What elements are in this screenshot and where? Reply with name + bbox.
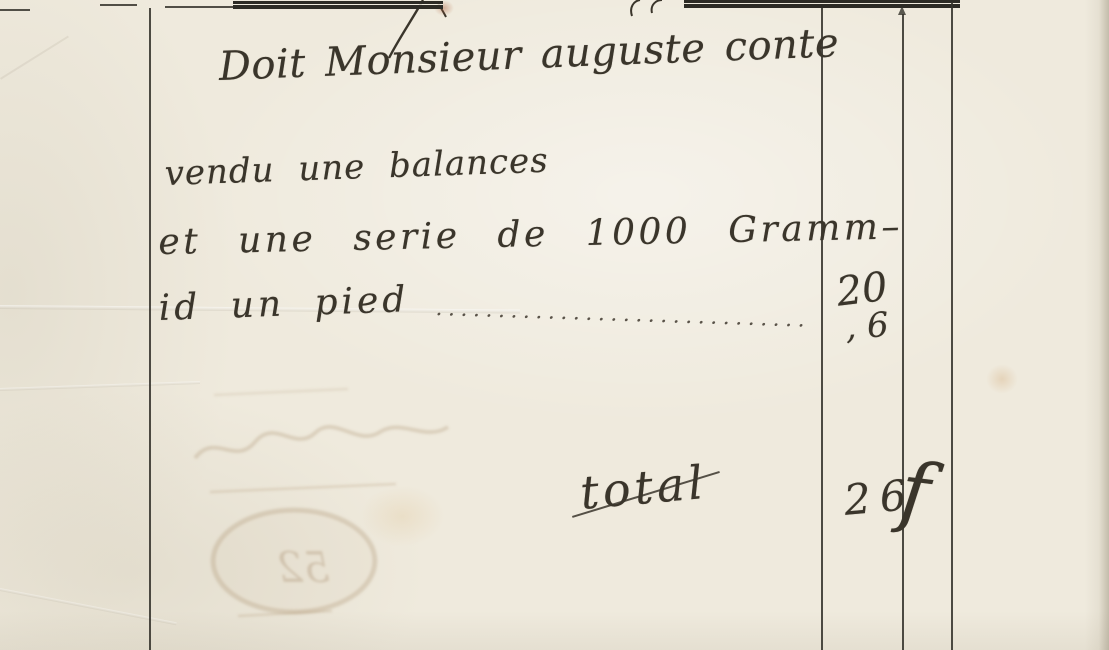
amount-column-rule-1 <box>821 8 823 650</box>
show-through-smudge-line <box>214 389 348 395</box>
cutoff-pen-stroke-b <box>652 0 662 13</box>
cutoff-pen-stroke-a <box>631 0 640 16</box>
scanned-invoice-document: 52 Doit Monsieur auguste conte vendu une… <box>0 0 1109 650</box>
show-through-group: 52 <box>195 389 448 616</box>
top-rule-fragment-far-left <box>0 9 30 11</box>
show-through-signature <box>195 427 448 458</box>
amount-column-rule-2 <box>902 14 904 650</box>
left-margin-rule <box>149 8 151 650</box>
top-rule-left-thick <box>233 1 443 9</box>
top-rule-right-thick <box>684 0 960 8</box>
item-line-pied: id un pied <box>158 279 410 329</box>
show-through-stamp-number: 52 <box>277 543 330 592</box>
top-rule-left-thin <box>165 6 237 8</box>
amount-column-rule-3 <box>951 2 953 650</box>
amount-value-6: , 6 <box>844 305 890 348</box>
paper-right-edge-shadow <box>1097 0 1109 650</box>
top-rule-fragment-left <box>100 4 137 6</box>
show-through-underline-1 <box>210 484 396 492</box>
